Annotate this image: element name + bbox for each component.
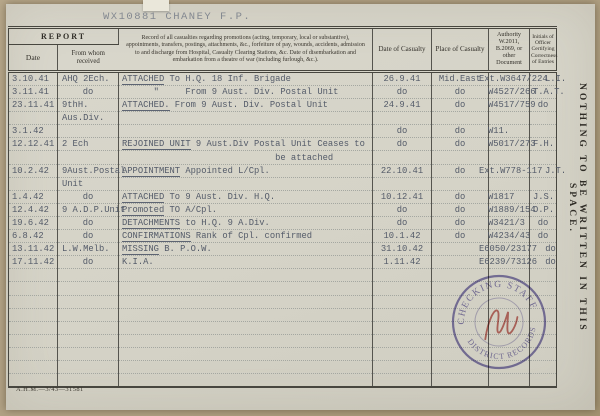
cell-record: APPOINTMENT Appointed L/Cpl. <box>119 164 373 177</box>
page-title: WX10881 CHANEY F.P. <box>103 11 251 23</box>
cell-record <box>119 308 373 321</box>
cell-authority <box>489 112 530 125</box>
checking-stamp: CHECKING STAFF DISTRICT RECORDS <box>440 263 559 382</box>
cell-casualty-date <box>373 282 432 295</box>
cell-casualty-date <box>373 269 432 282</box>
paper-tab <box>143 0 169 11</box>
cell-place <box>432 177 489 190</box>
table-row: 23.11.419thH.ATTACHED. From 9 Aust. Div.… <box>9 99 557 112</box>
underlined-keyword: Promoted <box>122 205 164 216</box>
cell-date: 3.10.41 <box>9 72 58 86</box>
cell-initials <box>530 151 557 164</box>
cell-from-whom: do <box>58 86 119 99</box>
record-column-header: Record of all casualties regarding promo… <box>119 28 373 72</box>
cell-from-whom: Unit <box>58 177 119 190</box>
table-row: 12.12.412 EchREJOINED UNIT 9 Aust.Div Po… <box>9 138 557 151</box>
cell-authority: W1817 <box>489 190 530 203</box>
cell-authority: W4517/759 <box>489 99 530 112</box>
cell-record <box>119 295 373 308</box>
underlined-keyword: REJOINED UNIT <box>122 139 191 150</box>
cell-from-whom <box>58 125 119 138</box>
underlined-keyword: ATTACHED <box>122 192 164 203</box>
cell-authority: W4527/266 <box>489 86 530 99</box>
cell-casualty-date: do <box>373 216 432 229</box>
cell-from-whom <box>58 282 119 295</box>
cell-from-whom: do <box>58 256 119 269</box>
cell-casualty-date: do <box>373 86 432 99</box>
cell-from-whom <box>58 374 119 387</box>
cell-from-whom: Aus.Div. <box>58 112 119 125</box>
cell-place: do <box>432 125 489 138</box>
cell-date <box>9 347 58 360</box>
cell-initials: do <box>530 216 557 229</box>
table-row: 3.1.42dodoW11. <box>9 125 557 138</box>
table-row: 1.4.42doATTACHED To 9 Aust. Div. H.Q.10.… <box>9 190 557 203</box>
cell-casualty-date <box>373 112 432 125</box>
cell-record: MISSING B. P.O.W. <box>119 243 373 256</box>
cell-casualty-date: 10.1.42 <box>373 230 432 243</box>
cell-casualty-date: do <box>373 138 432 151</box>
cell-from-whom: L.W.Melb. <box>58 243 119 256</box>
cell-initials: F.H. <box>530 138 557 151</box>
cell-record <box>119 321 373 334</box>
cell-casualty-date <box>373 151 432 164</box>
cell-date: 13.11.42 <box>9 243 58 256</box>
cell-date: 17.11.42 <box>9 256 58 269</box>
cell-authority <box>489 177 530 190</box>
underlined-keyword: APPOINTMENT <box>122 166 180 177</box>
svg-text:CHECKING STAFF: CHECKING STAFF <box>449 272 538 327</box>
cell-date <box>9 321 58 334</box>
cell-authority: W4234/43 <box>489 230 530 243</box>
table-row: Unit <box>9 177 557 190</box>
cell-from-whom <box>58 334 119 347</box>
table-row: 10.2.429Aust.PostalAPPOINTMENT Appointed… <box>9 164 557 177</box>
cell-initials <box>530 125 557 138</box>
cell-record: be attached <box>119 151 373 164</box>
table-row: 3.10.41AHQ 2Ech.ATTACHED To H.Q. 18 Inf.… <box>9 72 557 86</box>
cell-casualty-date: 1.11.42 <box>373 256 432 269</box>
cell-place: do <box>432 230 489 243</box>
cell-date <box>9 295 58 308</box>
from-whom-header: From whom received <box>58 45 119 72</box>
cell-record <box>119 347 373 360</box>
cell-from-whom: 9thH. <box>58 99 119 112</box>
table-row: 19.6.42doDETACHMENTS to H.Q. 9 A.Div.dod… <box>9 216 557 229</box>
cell-date: 12.12.41 <box>9 138 58 151</box>
cell-casualty-date: 10.12.41 <box>373 190 432 203</box>
underlined-keyword: CONFIRMATIONS <box>122 231 191 242</box>
cell-place <box>432 112 489 125</box>
cell-date: 23.11.41 <box>9 99 58 112</box>
cell-place <box>432 151 489 164</box>
cell-from-whom: do <box>58 230 119 243</box>
cell-initials: J.S. <box>530 190 557 203</box>
cell-authority: W1889/154 <box>489 203 530 216</box>
cell-casualty-date <box>373 321 432 334</box>
checking-stamp-svg: CHECKING STAFF DISTRICT RECORDS <box>440 263 559 382</box>
stamp-arc-top-text: CHECKING STAFF <box>449 272 538 327</box>
table-row: 3.11.41do " From 9 Aust. Div. Postal Uni… <box>9 86 557 99</box>
cell-from-whom: 9 A.D.P.Unit <box>58 203 119 216</box>
cell-casualty-date <box>373 347 432 360</box>
cell-date: 3.1.42 <box>9 125 58 138</box>
cell-record <box>119 125 373 138</box>
document-photo: WX10881 CHANEY F.P. REPORT Record of all… <box>0 0 600 416</box>
cell-record: REJOINED UNIT 9 Aust.Div Postal Unit Cea… <box>119 138 373 151</box>
cell-initials: do <box>530 230 557 243</box>
cell-place: do <box>432 216 489 229</box>
date-of-casualty-header: Date of Casualty <box>373 28 432 72</box>
cell-initials <box>530 177 557 190</box>
authority-header: Authority W.2011, B.2069, or other Docum… <box>489 28 530 72</box>
signature-mark <box>480 306 521 339</box>
table-row: 12.4.429 A.D.P.UnitPromoted TO A/Cpl.dod… <box>9 203 557 216</box>
cell-initials: T.A.T. <box>530 86 557 99</box>
cell-place: do <box>432 203 489 216</box>
form-number: A.H.M.—3/43—31581 <box>16 386 84 393</box>
cell-date <box>9 308 58 321</box>
cell-date: 10.2.42 <box>9 164 58 177</box>
cell-casualty-date <box>373 295 432 308</box>
cell-date <box>9 112 58 125</box>
cell-casualty-date: 26.9.41 <box>373 72 432 86</box>
table-row: 6.8.42doCONFIRMATIONS Rank of Cpl. confi… <box>9 230 557 243</box>
cell-record <box>119 334 373 347</box>
cell-record <box>119 374 373 387</box>
cell-record: " From 9 Aust. Div. Postal Unit <box>119 86 373 99</box>
cell-record <box>119 112 373 125</box>
place-of-casualty-header: Place of Casualty <box>432 28 489 72</box>
cell-date: 6.8.42 <box>9 230 58 243</box>
cell-casualty-date: 22.10.41 <box>373 164 432 177</box>
underlined-keyword: ATTACHED <box>122 74 164 85</box>
cell-authority: E6050/23177 <box>489 243 530 256</box>
cell-from-whom: do <box>58 190 119 203</box>
casualty-record-form: WX10881 CHANEY F.P. REPORT Record of all… <box>6 4 595 410</box>
cell-from-whom <box>58 269 119 282</box>
initials-header: Initials of Officer Certifying Correctne… <box>530 28 557 72</box>
cell-date: 1.4.42 <box>9 190 58 203</box>
cell-record: K.I.A. <box>119 256 373 269</box>
margin-instruction: NOTHING TO BE WRITTEN IN THIS SPACE. <box>557 82 587 334</box>
cell-record: ATTACHED. From 9 Aust. Div. Postal Unit <box>119 99 373 112</box>
cell-record: ATTACHED To 9 Aust. Div. H.Q. <box>119 190 373 203</box>
cell-authority: W11. <box>489 125 530 138</box>
cell-casualty-date: do <box>373 203 432 216</box>
cell-date <box>9 269 58 282</box>
cell-date <box>9 177 58 190</box>
cell-casualty-date: do <box>373 125 432 138</box>
cell-authority <box>489 151 530 164</box>
cell-from-whom <box>58 347 119 360</box>
cell-from-whom: do <box>58 216 119 229</box>
cell-from-whom <box>58 321 119 334</box>
table-row: 17.11.42doK.I.A.1.11.42E6239/73126do <box>9 256 557 269</box>
underlined-keyword: MISSING <box>122 244 159 255</box>
cell-record: ATTACHED To H.Q. 18 Inf. Brigade <box>119 72 373 86</box>
table-row: 13.11.42L.W.Melb.MISSING B. P.O.W.31.10.… <box>9 243 557 256</box>
cell-from-whom <box>58 308 119 321</box>
cell-authority: W5017/273 <box>489 138 530 151</box>
cell-authority: Ext.W3647/224 <box>489 72 530 86</box>
stamp-inner-ring <box>471 294 528 351</box>
cell-place: do <box>432 138 489 151</box>
cell-authority: W3421/3 <box>489 216 530 229</box>
cell-initials: O.P. <box>530 203 557 216</box>
cell-record: Promoted TO A/Cpl. <box>119 203 373 216</box>
cell-record <box>119 269 373 282</box>
cell-place: do <box>432 190 489 203</box>
cell-date <box>9 374 58 387</box>
cell-from-whom <box>58 360 119 373</box>
cell-date <box>9 282 58 295</box>
date-header: Date <box>9 45 58 72</box>
table-row: Aus.Div. <box>9 112 557 125</box>
cell-casualty-date: 24.9.41 <box>373 99 432 112</box>
cell-authority: Ext.W778-117 <box>489 164 530 177</box>
cell-casualty-date: 31.10.42 <box>373 243 432 256</box>
cell-date: 3.11.41 <box>9 86 58 99</box>
cell-initials <box>530 374 557 387</box>
table-row: be attached <box>9 151 557 164</box>
cell-casualty-date <box>373 177 432 190</box>
cell-place: do <box>432 99 489 112</box>
cell-from-whom: 9Aust.Postal <box>58 164 119 177</box>
cell-date <box>9 334 58 347</box>
cell-place: do <box>432 86 489 99</box>
cell-from-whom: AHQ 2Ech. <box>58 72 119 86</box>
cell-authority <box>489 374 530 387</box>
cell-record <box>119 282 373 295</box>
cell-from-whom: 2 Ech <box>58 138 119 151</box>
cell-casualty-date <box>373 334 432 347</box>
cell-from-whom <box>58 151 119 164</box>
cell-date: 19.6.42 <box>9 216 58 229</box>
cell-casualty-date <box>373 360 432 373</box>
cell-casualty-date <box>373 374 432 387</box>
cell-record <box>119 360 373 373</box>
cell-casualty-date <box>373 308 432 321</box>
cell-from-whom <box>58 295 119 308</box>
report-group-header: REPORT <box>9 28 119 45</box>
cell-record <box>119 177 373 190</box>
cell-date: 12.4.42 <box>9 203 58 216</box>
cell-record: CONFIRMATIONS Rank of Cpl. confirmed <box>119 230 373 243</box>
underlined-keyword: DETACHMENTS <box>122 218 180 229</box>
table-header: REPORT Record of all casualties regardin… <box>9 28 557 72</box>
underlined-keyword: ATTACHED. <box>122 100 170 111</box>
cell-date <box>9 151 58 164</box>
cell-initials <box>530 112 557 125</box>
cell-date <box>9 360 58 373</box>
cell-record: DETACHMENTS to H.Q. 9 A.Div. <box>119 216 373 229</box>
